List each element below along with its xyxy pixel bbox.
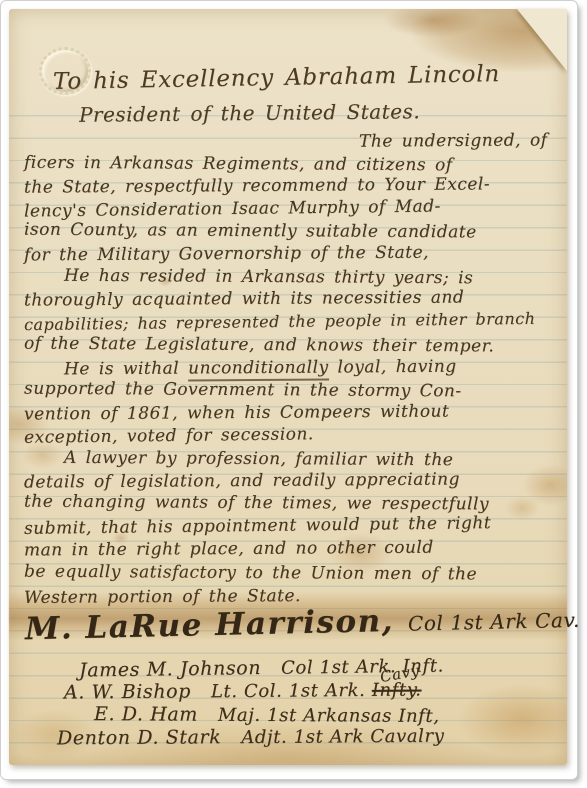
- loyal-pre: He is withal: [64, 359, 188, 380]
- signature-ham: E. D. HamMaj. 1st Arkansas Inft,: [94, 703, 440, 727]
- letter-line: submit, that his appointment would put t…: [24, 513, 491, 539]
- letter-line: lency's Consideration Isaac Murphy of Ma…: [24, 196, 441, 221]
- rank-correction-wrap: Infty.Cavy: [372, 679, 422, 700]
- letter-line: for the Military Governorship of the Sta…: [24, 243, 429, 266]
- letter-line: A lawyer by profession, familiar with th…: [64, 448, 454, 470]
- opening-line: The undersigned, of: [358, 130, 547, 151]
- corner-fold: [517, 9, 567, 71]
- scanned-letter-image: To his Excellency Abraham Lincoln Presid…: [0, 0, 587, 788]
- letter-line: capabilities; has represented the people…: [24, 309, 536, 334]
- signature-name: James M. Johnson: [79, 657, 261, 682]
- signature-rank: Adjt. 1st Ark Cavalry: [241, 726, 444, 748]
- signature-rank: Lt. Col. 1st Ark.: [211, 680, 366, 702]
- salutation-line-2: President of the United States.: [79, 99, 420, 127]
- signature-rank: Maj. 1st Arkansas Inft,: [218, 705, 440, 727]
- loyal-underlined: unconditionally: [188, 358, 329, 382]
- signature-stark: Denton D. StarkAdjt. 1st Ark Cavalry: [57, 725, 445, 750]
- letter-line: ficers in Arkansas Regiments, and citize…: [24, 153, 453, 176]
- letter-paper: To his Excellency Abraham Lincoln Presid…: [9, 9, 567, 765]
- letter-line: ison County, as an eminently suitable ca…: [24, 220, 477, 243]
- letter-line: the State, respectfully recommend to You…: [24, 174, 490, 197]
- letter-line-loyal: He is withal unconditionally loyal, havi…: [64, 357, 457, 380]
- letter-line: vention of 1861, when his Compeers witho…: [24, 402, 449, 425]
- letter-line: the changing wants of the times, we resp…: [24, 492, 489, 515]
- letter-line: be equally satisfactory to the Union men…: [24, 562, 477, 585]
- letter-line: man in the right place, and no other cou…: [24, 538, 434, 561]
- letter-line: exception, voted for secession.: [24, 424, 314, 448]
- letter-line: He has resided in Arkansas thirty years;…: [64, 266, 473, 288]
- signature-rank: Col 1st Ark Cav.: [408, 608, 581, 636]
- signature-name: Denton D. Stark: [57, 726, 221, 749]
- letter-line: of the State Legislature, and knows thei…: [24, 334, 494, 357]
- signature-bishop: A. W. BishopLt. Col. 1st Ark. Infty.Cavy: [64, 678, 422, 703]
- salutation-line-1: To his Excellency Abraham Lincoln: [53, 61, 500, 95]
- signature-name: A. W. Bishop: [64, 680, 191, 703]
- letter-line: supported the Government in the stormy C…: [24, 379, 462, 402]
- letter-line: thoroughly acquainted with its necessiti…: [24, 287, 464, 310]
- letter-line: Western portion of the State.: [24, 586, 301, 608]
- letter-line: details of legislation, and readily appr…: [24, 469, 460, 492]
- loyal-post: loyal, having: [329, 357, 457, 378]
- photo-frame: To his Excellency Abraham Lincoln Presid…: [0, 0, 578, 780]
- signature-name: M. LaRue Harrison,: [25, 603, 395, 647]
- signature-name: E. D. Ham: [94, 703, 198, 726]
